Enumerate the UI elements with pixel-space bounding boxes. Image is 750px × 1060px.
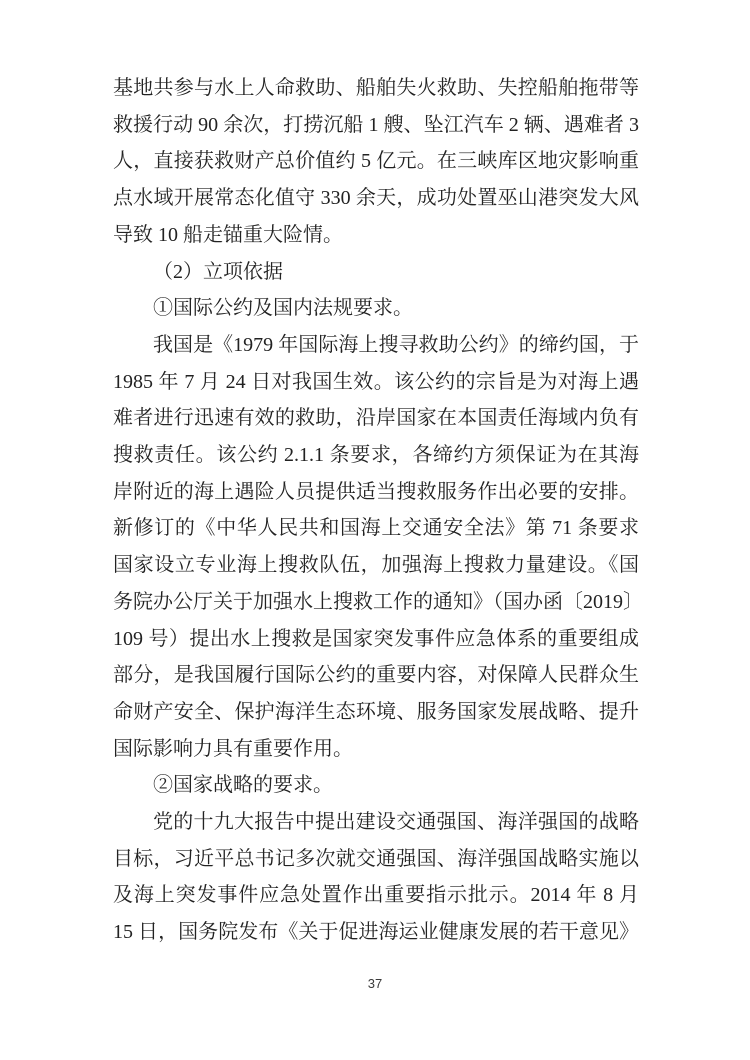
text-line: 109 号）提出水上搜救是国家突发事件应急体系的重要组成: [113, 621, 639, 658]
text-line: 目标，习近平总书记多次就交通强国、海洋强国战略实施以: [113, 841, 639, 878]
section-heading-li-xiang-yi-ju: （2）立项依据: [113, 254, 639, 291]
page-number: 37: [0, 976, 750, 991]
text-line: 人，直接获救财产总价值约 5 亿元。在三峡库区地灾影响重: [113, 143, 639, 180]
text-line: 点水域开展常态化值守 330 余天，成功处置巫山港突发大风: [113, 180, 639, 217]
text-line: 党的十九大报告中提出建设交通强国、海洋强国的战略: [113, 804, 639, 841]
text-line: 部分，是我国履行国际公约的重要内容，对保障人民群众生: [113, 657, 639, 694]
subsection-heading-international-conventions: ①国际公约及国内法规要求。: [113, 290, 639, 327]
text-line: 难者进行迅速有效的救助，沿岸国家在本国责任海域内负有: [113, 400, 639, 437]
text-line: 命财产安全、保护海洋生态环境、服务国家发展战略、提升: [113, 694, 639, 731]
text-line: 国际影响力具有重要作用。: [113, 731, 639, 768]
text-line: 务院办公厅关于加强水上搜救工作的通知》（国办函〔2019〕: [113, 584, 639, 621]
text-line: 国家设立专业海上搜救队伍，加强海上搜救力量建设。《国: [113, 547, 639, 584]
text-line: 及海上突发事件应急处置作出重要指示批示。2014 年 8 月: [113, 877, 639, 914]
text-line: 救援行动 90 余次，打捞沉船 1 艘、坠江汽车 2 辆、遇难者 3: [113, 107, 639, 144]
subsection-heading-national-strategy: ②国家战略的要求。: [113, 767, 639, 804]
text-line: 15 日，国务院发布《关于促进海运业健康发展的若干意见》: [113, 914, 639, 951]
text-line: 岸附近的海上遇险人员提供适当搜救服务作出必要的安排。: [113, 474, 639, 511]
text-line: 搜救责任。该公约 2.1.1 条要求，各缔约方须保证为在其海: [113, 437, 639, 474]
text-line: 基地共参与水上人命救助、船舶失火救助、失控船舶拖带等: [113, 70, 639, 107]
text-line: 新修订的《中华人民共和国海上交通安全法》第 71 条要求: [113, 510, 639, 547]
document-page: 基地共参与水上人命救助、船舶失火救助、失控船舶拖带等 救援行动 90 余次，打捞…: [0, 0, 750, 1060]
text-line: 我国是《1979 年国际海上搜寻救助公约》的缔约国，于: [113, 327, 639, 364]
text-line: 1985 年 7 月 24 日对我国生效。该公约的宗旨是为对海上遇: [113, 364, 639, 401]
document-text-block: 基地共参与水上人命救助、船舶失火救助、失控船舶拖带等 救援行动 90 余次，打捞…: [113, 70, 639, 951]
text-line: 导致 10 船走锚重大险情。: [113, 217, 639, 254]
